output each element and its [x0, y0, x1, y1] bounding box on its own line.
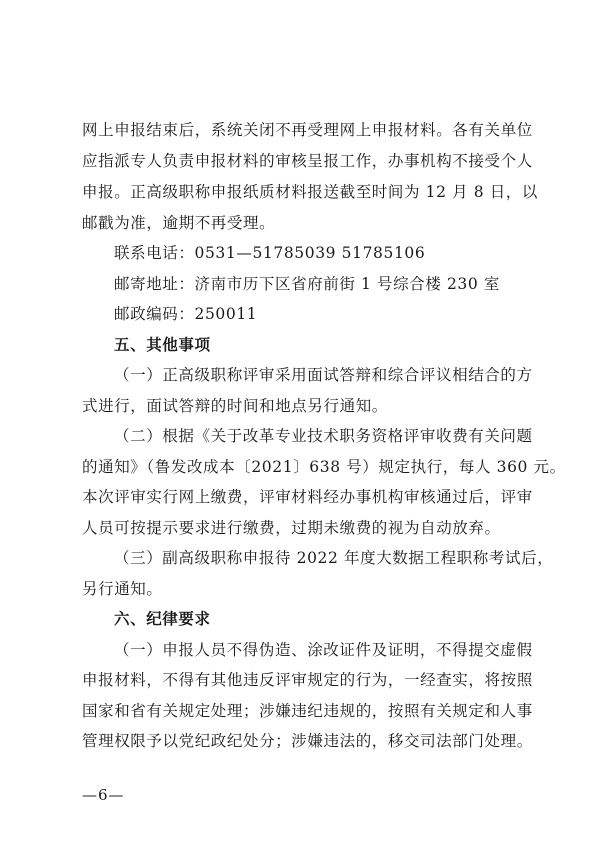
text-line: 申报。正高级职称申报纸质材料报送截至时间为 12 月 8 日，以	[82, 182, 522, 202]
text-line: 联系电话：0531—51785039 51785106	[114, 243, 522, 263]
text-line: 邮政编码：250011	[114, 304, 522, 324]
text-line: 邮寄地址：济南市历下区省府前街 1 号综合楼 230 室	[114, 274, 522, 294]
document-page: 网上申报结束后，系统关闭不再受理网上申报材料。各有关单位应指派专人负责申报材料的…	[0, 0, 600, 847]
section-heading: 六、纪律要求	[114, 609, 522, 629]
text-line: （二）根据《关于改革专业技术职务资格评审收费有关问题	[114, 426, 522, 446]
text-line: （一）申报人员不得伪造、涂改证件及证明，不得提交虚假	[114, 640, 522, 660]
text-line: 式进行，面试答辩的时间和地点另行通知。	[82, 396, 522, 416]
text-line: 管理权限予以党纪政纪处分；涉嫌违法的，移交司法部门处理。	[82, 731, 522, 751]
text-line: 应指派专人负责申报材料的审核呈报工作，办事机构不接受个人	[82, 151, 522, 171]
text-line: 本次评审实行网上缴费，评审材料经办事机构审核通过后，评审	[82, 487, 522, 507]
text-line: 的通知》（鲁发改成本〔2021〕638 号）规定执行，每人 360 元。	[82, 457, 522, 477]
page-number: —6—	[82, 786, 125, 804]
text-line: 人员可按提示要求进行缴费，过期未缴费的视为自动放弃。	[82, 518, 522, 538]
text-line: （三）副高级职称申报待 2022 年度大数据工程职称考试后，	[114, 548, 522, 568]
text-line: 另行通知。	[82, 579, 522, 599]
section-heading: 五、其他事项	[114, 335, 522, 355]
text-line: 申报材料，不得有其他违反评审规定的行为，一经查实，将按照	[82, 670, 522, 690]
text-line: （一）正高级职称评审采用面试答辩和综合评议相结合的方	[114, 365, 522, 385]
text-line: 国家和省有关规定处理；涉嫌违纪违规的，按照有关规定和人事	[82, 701, 522, 721]
text-line: 邮戳为准，逾期不再受理。	[82, 213, 522, 233]
text-line: 网上申报结束后，系统关闭不再受理网上申报材料。各有关单位	[82, 120, 522, 140]
